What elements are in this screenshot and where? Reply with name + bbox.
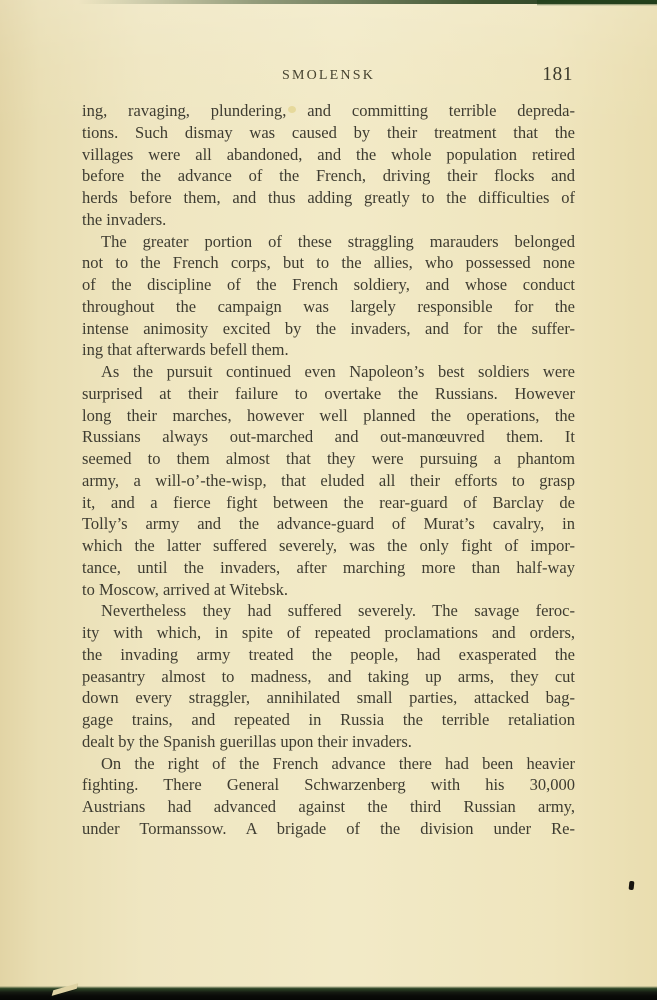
text-line: long their marches, however well planned… xyxy=(82,405,575,427)
text-line: to Moscow, arrived at Witebsk. xyxy=(82,579,575,601)
paragraph: On the right of the French advance there… xyxy=(82,753,575,840)
scan-nick-mark xyxy=(52,983,79,996)
text-line: army, a will-o’-the-wisp, that eluded al… xyxy=(82,470,575,492)
text-line: herds before them, and thus adding great… xyxy=(82,187,575,209)
text-line: Tolly’s army and the advance-guard of Mu… xyxy=(82,513,575,535)
bottom-edge-strip xyxy=(0,986,657,1000)
text-line: throughout the campaign was largely resp… xyxy=(82,296,575,318)
paragraph: The greater portion of these straggling … xyxy=(82,231,575,362)
top-right-board-edge xyxy=(537,0,657,6)
text-line: it, and a fierce fight between the rear-… xyxy=(82,492,575,514)
text-line: peasantry almost to madness, and taking … xyxy=(82,666,575,688)
text-line: the invaders. xyxy=(82,209,575,231)
text-line: seemed to them almost that they were pur… xyxy=(82,448,575,470)
paper-spot xyxy=(288,106,296,113)
text-line: The greater portion of these straggling … xyxy=(82,231,575,253)
text-line: surprised at their failure to overtake t… xyxy=(82,383,575,405)
text-line: tance, until the invaders, after marchin… xyxy=(82,557,575,579)
text-line: ing that afterwards befell them. xyxy=(82,339,575,361)
text-line: On the right of the French advance there… xyxy=(82,753,575,775)
text-line: ity with which, in spite of repeated pro… xyxy=(82,622,575,644)
text-line: under Tormanssow. A brigade of the divis… xyxy=(82,818,575,840)
text-line: before the advance of the French, drivin… xyxy=(82,165,575,187)
text-line: of the discipline of the French soldiery… xyxy=(82,274,575,296)
text-block: ing, ravaging, plundering, and committin… xyxy=(82,100,575,840)
text-line: Nevertheless they had suffered severely.… xyxy=(82,600,575,622)
text-line: villages were all abandoned, and the who… xyxy=(82,144,575,166)
text-line: gage trains, and repeated in Russia the … xyxy=(82,709,575,731)
text-line: As the pursuit continued even Napoleon’s… xyxy=(82,361,575,383)
text-line: Russians always out-marched and out-manœ… xyxy=(82,426,575,448)
paragraph: ing, ravaging, plundering, and committin… xyxy=(82,100,575,231)
text-line: not to the French corps, but to the alli… xyxy=(82,252,575,274)
ink-speck xyxy=(629,881,635,890)
paragraph: As the pursuit continued even Napoleon’s… xyxy=(82,361,575,600)
text-line: Austrians had advanced against the third… xyxy=(82,796,575,818)
text-line: down every straggler, annihilated small … xyxy=(82,687,575,709)
text-line: tions. Such dismay was caused by their t… xyxy=(82,122,575,144)
book-page-scan: SMOLENSK 181 ing, ravaging, plundering, … xyxy=(0,0,657,1000)
text-line: which the latter suffered severely, was … xyxy=(82,535,575,557)
running-title: SMOLENSK xyxy=(282,68,375,84)
text-line: the invading army treated the people, ha… xyxy=(82,644,575,666)
text-line: dealt by the Spanish guerillas upon thei… xyxy=(82,731,575,753)
text-line: ing, ravaging, plundering, and committin… xyxy=(82,100,575,122)
page-number: 181 xyxy=(542,64,573,86)
text-line: fighting. There General Schwarzenberg wi… xyxy=(82,774,575,796)
paragraph: Nevertheless they had suffered severely.… xyxy=(82,600,575,752)
text-line: intense animosity excited by the invader… xyxy=(82,318,575,340)
page-header: SMOLENSK 181 xyxy=(82,64,575,88)
